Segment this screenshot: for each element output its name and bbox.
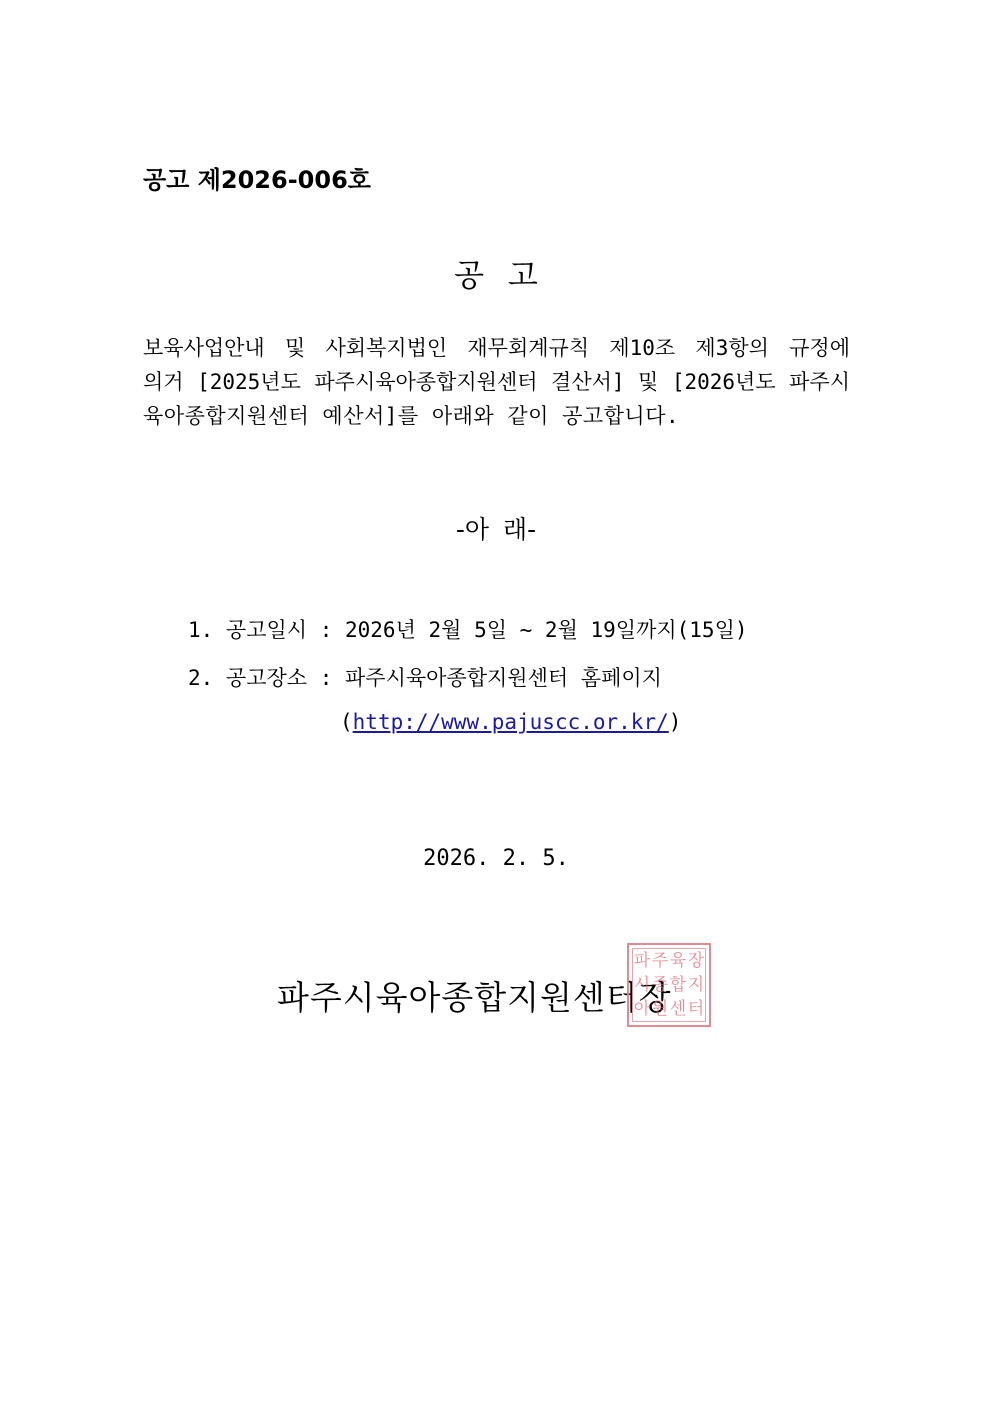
body-paragraph-line-3: 육아종합지원센터 예산서]를 아래와 같이 공고합니다. xyxy=(143,400,850,430)
notice-number: 공고 제2026-006호 xyxy=(143,160,371,195)
seal-char: 종 xyxy=(651,973,669,997)
seal-char: 시 xyxy=(633,973,651,997)
seal-char: 지 xyxy=(687,973,705,997)
homepage-url-line: (http://www.pajuscc.or.kr/) xyxy=(340,710,681,734)
seal-char: 육 xyxy=(669,949,687,973)
seal-char: 원 xyxy=(651,997,669,1021)
close-paren: ) xyxy=(669,710,682,734)
seal-char: 주 xyxy=(651,949,669,973)
seal-grid: 파 주 육 장 시 종 합 지 아 원 센 터 xyxy=(632,948,706,1022)
body-paragraph-line-1: 보육사업안내 및 사회복지법인 재무회계규칙 제10조 제3항의 규정에 xyxy=(143,332,850,362)
item-notice-period: 1. 공고일시 : 2026년 2월 5일 ~ 2월 19일까지(15일) xyxy=(188,614,748,644)
homepage-link[interactable]: http://www.pajuscc.or.kr/ xyxy=(353,710,669,734)
seal-char: 파 xyxy=(633,949,651,973)
open-paren: ( xyxy=(340,710,353,734)
section-heading: -아 래- xyxy=(0,510,992,546)
item-notice-location: 2. 공고장소 : 파주시육아종합지원센터 홈페이지 xyxy=(188,662,662,692)
body-paragraph-line-2: 의거 [2025년도 파주시육아종합지원센터 결산서] 및 [2026년도 파주… xyxy=(143,366,850,396)
seal-char: 터 xyxy=(687,997,705,1021)
seal-char: 장 xyxy=(687,949,705,973)
notice-date: 2026. 2. 5. xyxy=(0,846,992,871)
seal-char: 합 xyxy=(669,973,687,997)
signature-name: 파주시육아종합지원센터장 xyxy=(277,972,672,1019)
document-title: 공 고 xyxy=(0,250,992,295)
seal-char: 센 xyxy=(669,997,687,1021)
official-seal-icon: 파 주 육 장 시 종 합 지 아 원 센 터 xyxy=(627,943,711,1027)
seal-char: 아 xyxy=(633,997,651,1021)
